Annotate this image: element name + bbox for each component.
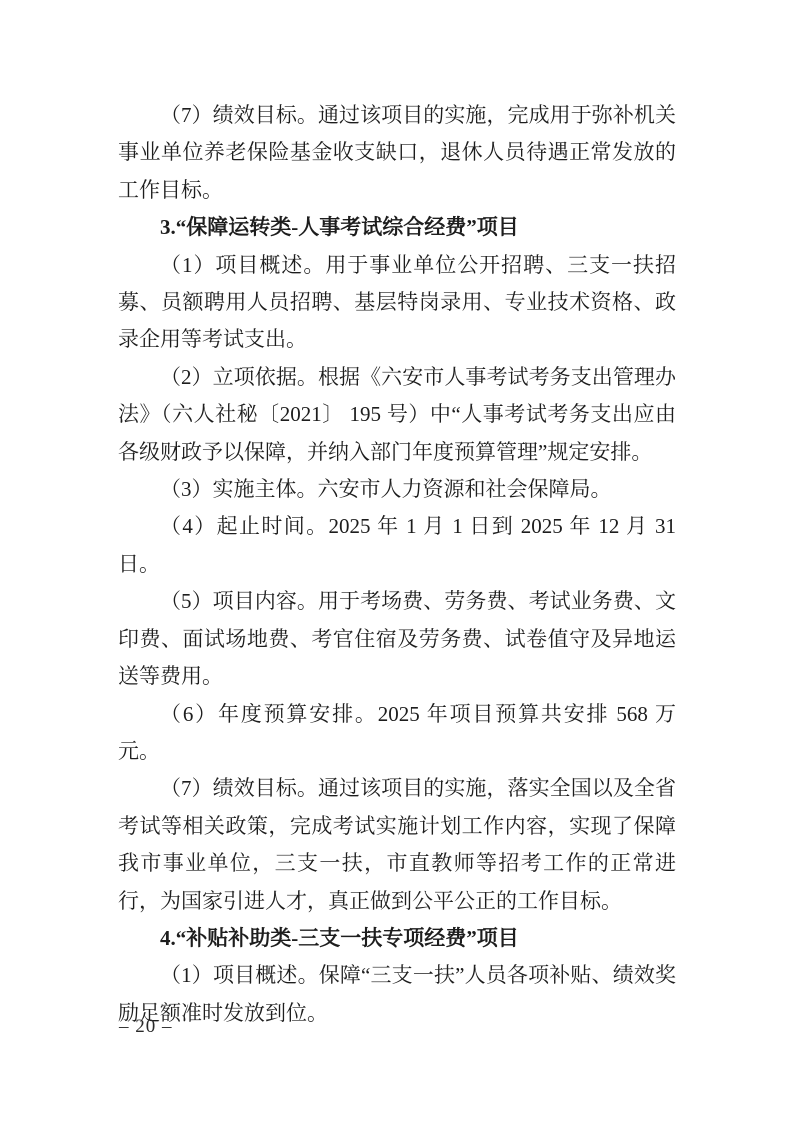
document-body: （7）绩效目标。通过该项目的实施，完成用于弥补机关事业单位养老保险基金收支缺口，… xyxy=(118,97,676,1032)
body-paragraph: （1）项目概述。用于事业单位公开招聘、三支一扶招募、员额聘用人员招聘、基层特岗录… xyxy=(118,247,676,359)
body-paragraph: （7）绩效目标。通过该项目的实施，完成用于弥补机关事业单位养老保险基金收支缺口，… xyxy=(118,97,676,209)
section-heading: 3.“保障运转类-人事考试综合经费”项目 xyxy=(118,209,676,246)
section-heading: 4.“补贴补助类-三支一扶专项经费”项目 xyxy=(118,920,676,957)
body-paragraph: （7）绩效目标。通过该项目的实施，落实全国以及全省考试等相关政策，完成考试实施计… xyxy=(118,770,676,920)
body-paragraph: （5）项目内容。用于考场费、劳务费、考试业务费、文印费、面试场地费、考官住宿及劳… xyxy=(118,583,676,695)
page-number: – 20 – xyxy=(119,1016,173,1038)
body-paragraph: （6）年度预算安排。2025 年项目预算共安排 568 万元。 xyxy=(118,696,676,771)
body-paragraph: （3）实施主体。六安市人力资源和社会保障局。 xyxy=(118,471,676,508)
body-paragraph: （2）立项依据。根据《六安市人事考试考务支出管理办法》（六人社秘〔2021〕 1… xyxy=(118,359,676,471)
body-paragraph: （1）项目概述。保障“三支一扶”人员各项补贴、绩效奖励足额准时发放到位。 xyxy=(118,957,676,1032)
document-page: （7）绩效目标。通过该项目的实施，完成用于弥补机关事业单位养老保险基金收支缺口，… xyxy=(0,0,793,1122)
body-paragraph: （4）起止时间。2025 年 1 月 1 日到 2025 年 12 月 31 日… xyxy=(118,508,676,583)
